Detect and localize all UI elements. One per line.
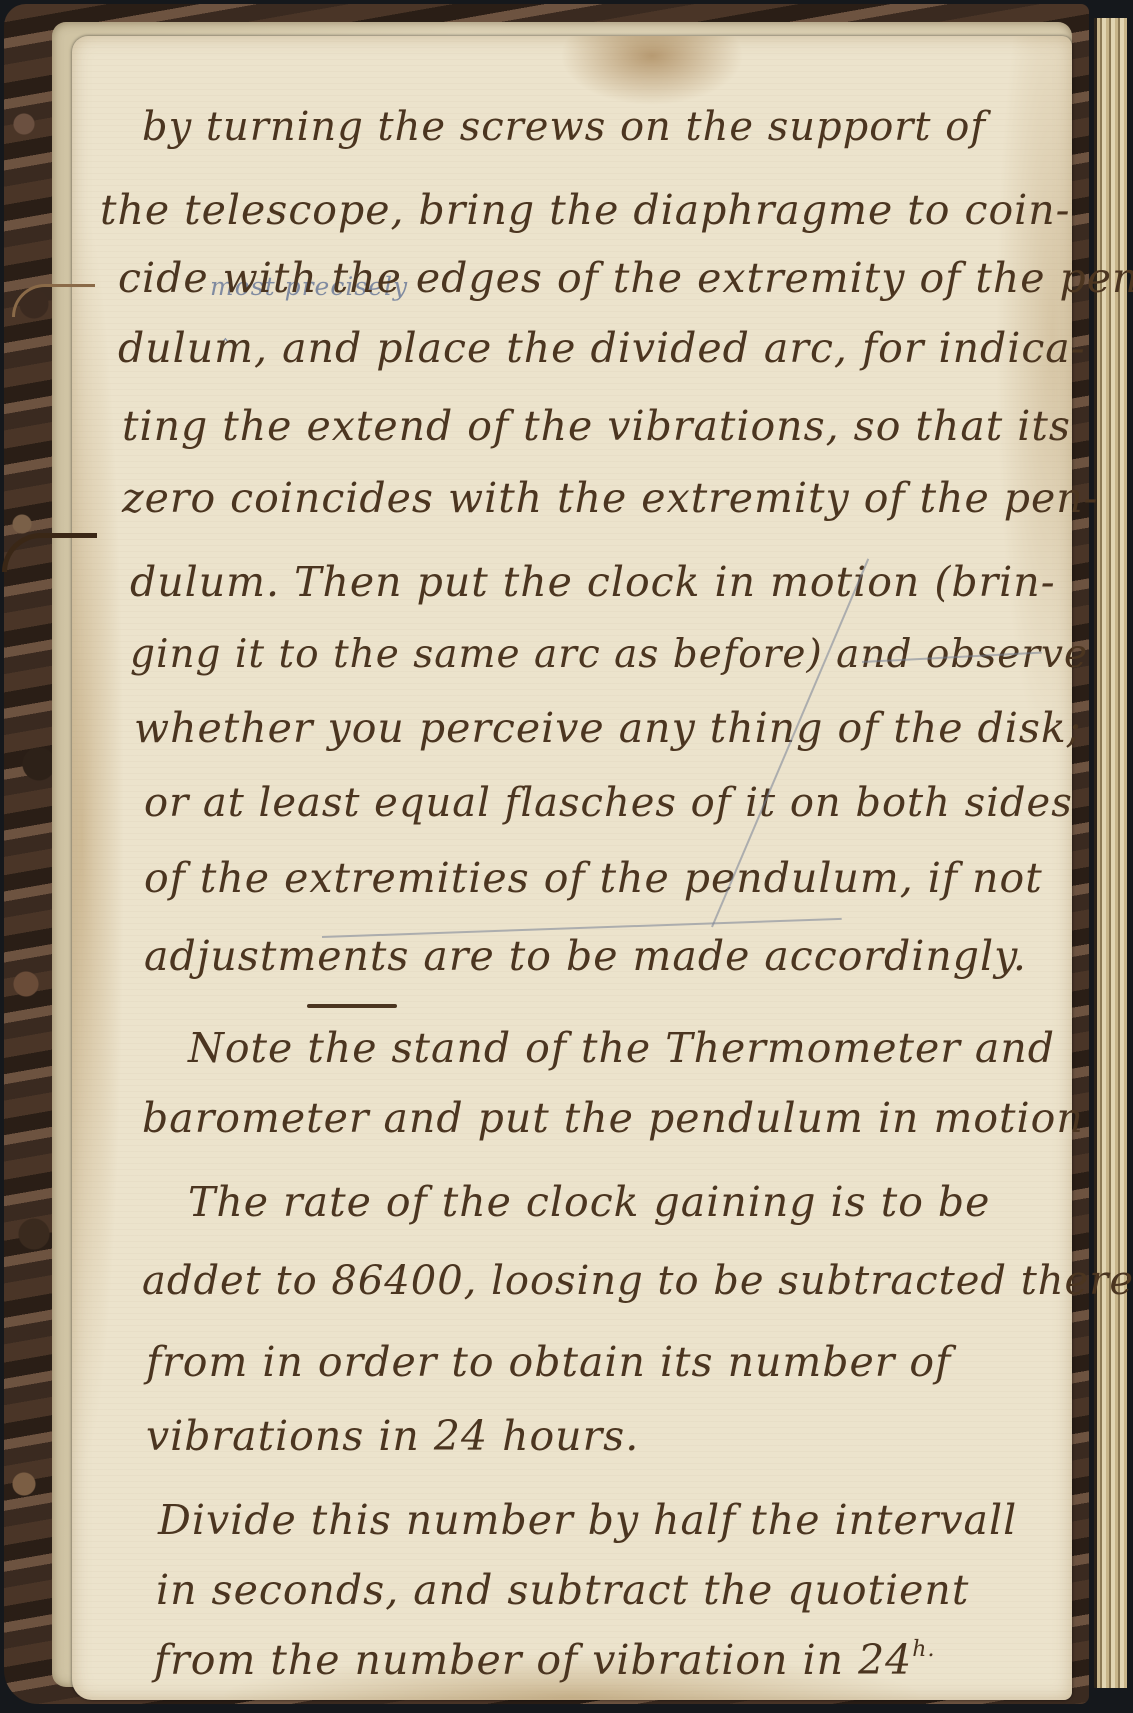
text-line-4: dulum, and place the divided arc, for in… [118, 324, 1086, 372]
section-divider [307, 1004, 397, 1008]
text-line-12: adjustments are to be made accordingly. [144, 932, 1027, 980]
hours-superscript: h. [912, 1637, 935, 1662]
manuscript-scan: most precisely ‸ by turning the screws o… [0, 0, 1133, 1713]
text-line-21: from the number of vibration in 24h. [154, 1636, 935, 1684]
text-line-5: ting the extend of the vibrations, so th… [122, 402, 1071, 450]
text-line-14: barometer and put the pendulum in motion [142, 1094, 1084, 1142]
text-line-15: The rate of the clock gaining is to be [188, 1178, 990, 1226]
text-line-8: ging it to the same arc as before) and o… [130, 632, 1088, 677]
text-line-9: whether you perceive any thing of the di… [134, 704, 1082, 752]
manuscript-page: most precisely ‸ by turning the screws o… [72, 36, 1072, 1700]
text-line-2: the telescope, bring the diaphragme to c… [100, 186, 1071, 234]
text-line-1: by turning the screws on the support of [142, 104, 986, 150]
text-line-13: Note the stand of the Thermometer and [188, 1024, 1055, 1072]
text-line-6: zero coincides with the extremity of the… [122, 474, 1099, 522]
text-line-16: addet to 86400, loosing to be subtracted… [142, 1258, 1133, 1304]
text-line-11: of the extremities of the pendulum, if n… [144, 854, 1043, 902]
text-line-20: in seconds, and subtract the quotient [156, 1566, 969, 1614]
text-line-17: from in order to obtain its number of [146, 1338, 951, 1386]
text-line-18: vibrations in 24 hours. [146, 1412, 639, 1460]
text-line-19: Divide this number by half the intervall [158, 1496, 1017, 1544]
text-line-7: dulum. Then put the clock in motion (bri… [130, 558, 1056, 606]
text-line-3: cide with the edges of the extremity of … [118, 254, 1133, 302]
last-line-text: from the number of vibration in 24 [154, 1636, 912, 1684]
text-line-10: or at least equal flasches of it on both… [144, 780, 1073, 826]
